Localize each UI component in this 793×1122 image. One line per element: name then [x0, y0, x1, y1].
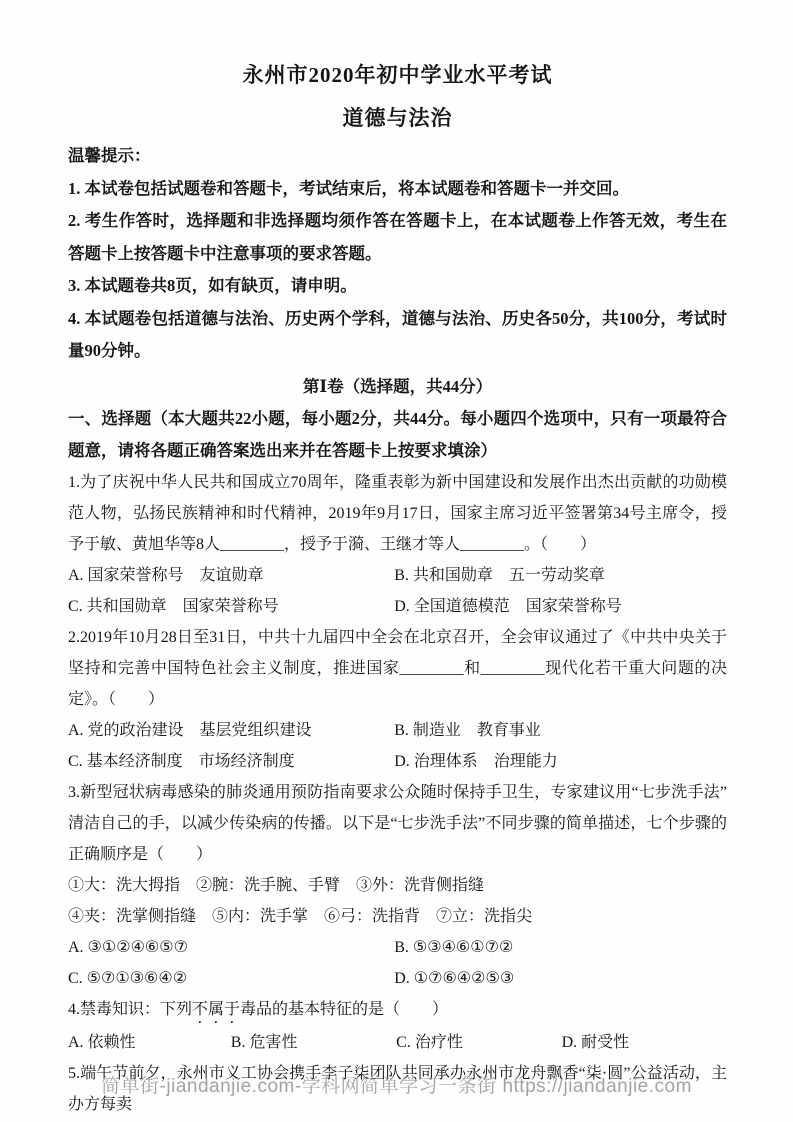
- notice-item-1: 1. 本试卷包括试题卷和答题卡，考试结束后，将本试题卷和答题卡一并交回。: [68, 173, 727, 206]
- page-title: 永州市2020年初中学业水平考试: [68, 54, 727, 97]
- question-1-stem: 1.为了庆祝中华人民共和国成立70周年，隆重表彰为新中国建设和发展作出杰出贡献的…: [68, 467, 727, 560]
- question-3-options: A. ③①②④⑥⑤⑦ B. ⑤③④⑥①⑦② C. ⑤⑦①③⑥④② D. ①⑦⑥④…: [68, 932, 727, 994]
- question-4: 4.禁毒知识：下列不属于毒品的基本特征的是（ ） A. 依赖性 B. 危害性 C…: [68, 994, 727, 1058]
- notice-item-3: 3. 本试题卷共8页，如有缺页，请申明。: [68, 270, 727, 303]
- question-2-option-a: A. 党的政治建设 基层党组织建设: [68, 715, 394, 746]
- question-1-option-b: B. 共和国勋章 五一劳动奖章: [394, 560, 727, 591]
- question-3-option-d: D. ①⑦⑥④②⑤③: [394, 963, 727, 994]
- notice-item-4: 4. 本试题卷包括道德与法治、历史两个学科，道德与法治、历史各50分，共100分…: [68, 303, 727, 368]
- question-4-stem-prefix: 4.禁毒知识：下列: [68, 1001, 192, 1018]
- question-1-option-d: D. 全国道德模范 国家荣誉称号: [394, 591, 727, 622]
- question-1-options: A. 国家荣誉称号 友谊勋章 B. 共和国勋章 五一劳动奖章 C. 共和国勋章 …: [68, 560, 727, 622]
- question-2-option-d: D. 治理体系 治理能力: [394, 746, 727, 777]
- watermark-text: 简单街-jiandanjie.com-学科网简单学习一条街 https://ji…: [101, 1076, 692, 1097]
- question-3: 3.新型冠状病毒感染的肺炎通用预防指南要求公众随时保持手卫生，专家建议用“七步洗…: [68, 777, 727, 994]
- exam-paper-page: 永州市2020年初中学业水平考试 道德与法治 温馨提示： 1. 本试卷包括试题卷…: [0, 0, 793, 1122]
- question-3-option-a: A. ③①②④⑥⑤⑦: [68, 932, 394, 963]
- question-3-steps-line-1: ①大：洗大拇指 ②腕：洗手腕、手臂 ③外：洗背侧指缝: [68, 870, 727, 901]
- question-3-stem: 3.新型冠状病毒感染的肺炎通用预防指南要求公众随时保持手卫生，专家建议用“七步洗…: [68, 777, 727, 870]
- question-2-option-c: C. 基本经济制度 市场经济制度: [68, 746, 394, 777]
- notice-heading: 温馨提示：: [68, 140, 727, 173]
- notice-item-2: 2. 考生作答时，选择题和非选择题均须作答在答题卡上，在本试题卷上作答无效，考生…: [68, 205, 727, 270]
- question-4-option-b: B. 危害性: [231, 1027, 396, 1058]
- question-2: 2.2019年10月28日至31日，中共十九届四中全会在北京召开，全会审议通过了…: [68, 622, 727, 777]
- question-3-option-b: B. ⑤③④⑥①⑦②: [394, 932, 727, 963]
- question-2-stem: 2.2019年10月28日至31日，中共十九届四中全会在北京召开，全会审议通过了…: [68, 622, 727, 715]
- question-3-steps-line-2: ④夹：洗掌侧指缝 ⑤内：洗手掌 ⑥弓：洗指背 ⑦立：洗指尖: [68, 901, 727, 932]
- multiple-choice-instructions: 一、选择题（本大题共22小题，每小题2分，共44分。每小题四个选项中，只有一项最…: [68, 403, 727, 467]
- question-4-option-a: A. 依赖性: [68, 1027, 231, 1058]
- question-4-option-d: D. 耐受性: [562, 1027, 727, 1058]
- question-2-options: A. 党的政治建设 基层党组织建设 B. 制造业 教育事业 C. 基本经济制度 …: [68, 715, 727, 777]
- question-1-option-a: A. 国家荣誉称号 友谊勋章: [68, 560, 394, 591]
- question-3-option-c: C. ⑤⑦①③⑥④②: [68, 963, 394, 994]
- question-4-option-c: C. 治疗性: [396, 1027, 561, 1058]
- question-4-stem: 4.禁毒知识：下列不属于毒品的基本特征的是（ ）: [68, 994, 727, 1027]
- question-4-stem-suffix: 毒品的基本特征的是（ ）: [240, 1001, 448, 1018]
- watermark-footer: 简单街-jiandanjie.com-学科网简单学习一条街 https://ji…: [0, 1071, 793, 1098]
- question-1-option-c: C. 共和国勋章 国家荣誉称号: [68, 591, 394, 622]
- question-4-options: A. 依赖性 B. 危害性 C. 治疗性 D. 耐受性: [68, 1027, 727, 1058]
- question-4-stem-emphasis: 不属于: [192, 1001, 240, 1018]
- notice-section: 温馨提示： 1. 本试卷包括试题卷和答题卡，考试结束后，将本试题卷和答题卡一并交…: [68, 140, 727, 368]
- section-volume-title: 第Ⅰ卷（选择题，共44分）: [68, 371, 727, 403]
- doc-subtitle: 道德与法治: [68, 97, 727, 140]
- question-2-option-b: B. 制造业 教育事业: [394, 715, 727, 746]
- question-1: 1.为了庆祝中华人民共和国成立70周年，隆重表彰为新中国建设和发展作出杰出贡献的…: [68, 467, 727, 622]
